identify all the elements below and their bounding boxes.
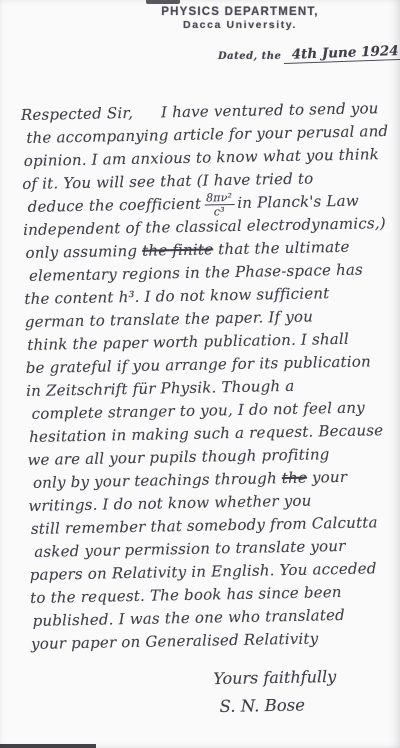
letter-text: that the ultimate [218, 238, 350, 259]
signature: S. N. Bose [200, 695, 350, 717]
scanned-letter-page: PHYSICS DEPARTMENT, Dacca University. Da… [0, 0, 400, 748]
date-value: 4th June 1924 [284, 43, 400, 64]
letter-text: I have ventured to send you [161, 99, 379, 121]
date-line: Dated, the4th June 1924. [218, 44, 388, 64]
scan-artifact-top-edge [146, 0, 180, 4]
letterhead-university: Dacca University. [130, 19, 350, 31]
letter-text: your [312, 468, 347, 487]
struck-text: the [282, 469, 308, 487]
valediction: Yours faithfully [200, 667, 350, 689]
scan-artifact-bottom-edge [0, 744, 96, 748]
letter-text: only assuming [25, 242, 137, 262]
letter-body: Respected Sir,I have ventured to send yo… [21, 97, 388, 656]
planck-coefficient-fraction: 8πν²c³ [204, 192, 235, 218]
letterhead-department: PHYSICS DEPARTMENT, [130, 6, 350, 18]
struck-text: the finite [142, 240, 213, 259]
letter-text: only by your teachings through [33, 469, 277, 492]
letter-text: deduce the coefficient [28, 195, 202, 216]
letter-closing: Yours faithfully S. N. Bose [200, 667, 351, 717]
letterhead: PHYSICS DEPARTMENT, Dacca University. [130, 6, 350, 31]
fraction-numerator: 8πν² [204, 192, 234, 206]
date-label: Dated, the [218, 51, 281, 62]
salutation: Respected Sir, [21, 104, 134, 124]
letter-text: in Planck's Law [237, 192, 359, 212]
